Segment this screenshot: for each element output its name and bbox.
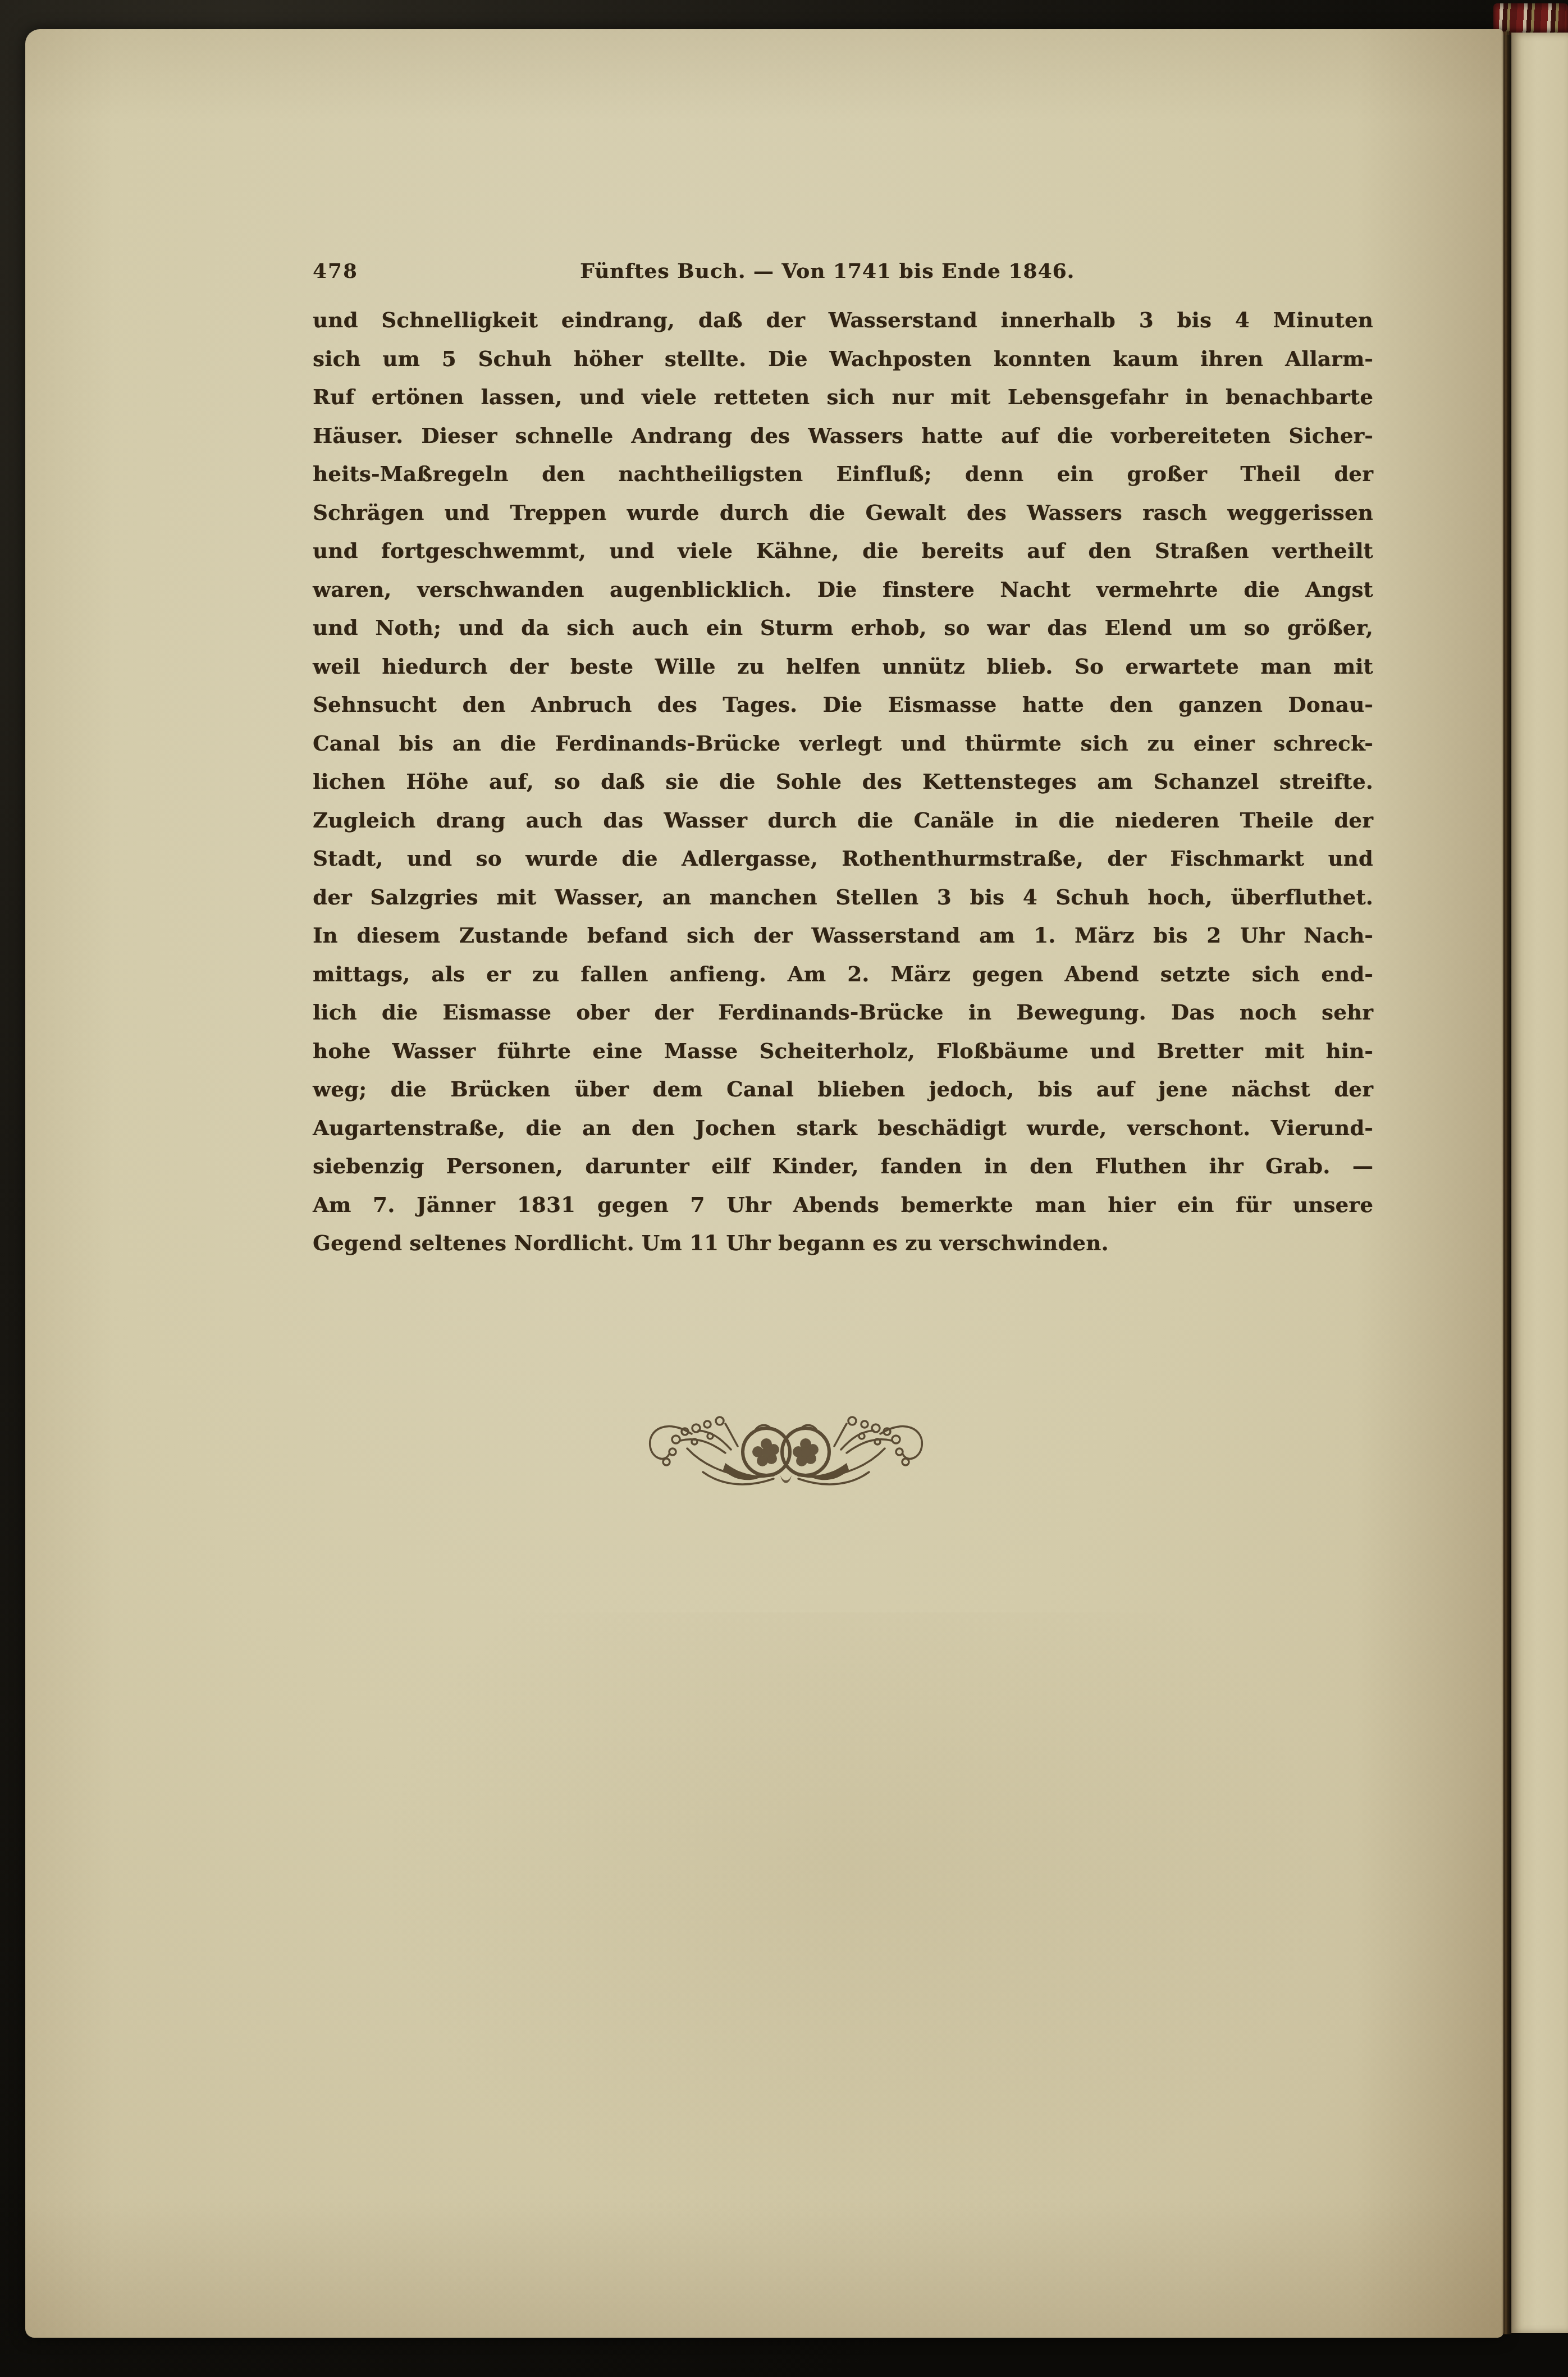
- paragraph: und Schnelligkeit eindrang, daß der Wass…: [313, 301, 1373, 1263]
- text-line: weg; die Brücken über dem Canal blieben …: [313, 1070, 1373, 1109]
- text-line: sich um 5 Schuh höher stellte. Die Wachp…: [313, 340, 1373, 378]
- floral-tailpiece-ornament: [640, 1406, 932, 1502]
- text-line: Am 7. Jänner 1831 gegen 7 Uhr Abends bem…: [313, 1186, 1373, 1224]
- text-line: lich die Eismasse ober der Ferdinands-Br…: [313, 993, 1373, 1032]
- book-scan: 478 Fünftes Buch. — Von 1741 bis Ende 18…: [0, 0, 1568, 2377]
- text-line: heits-Maßregeln den nachtheiligsten Einf…: [313, 455, 1373, 493]
- text-line: Zugleich drang auch das Wasser durch die…: [313, 801, 1373, 840]
- text-line: Sehnsucht den Anbruch des Tages. Die Eis…: [313, 685, 1373, 724]
- text-line: Augartenstraße, die an den Jochen stark …: [313, 1109, 1373, 1148]
- facing-page-edge: [1511, 33, 1568, 2333]
- text-line: Canal bis an die Ferdinands-Brücke verle…: [313, 724, 1373, 763]
- text-line: und fortgeschwemmt, und viele Kähne, die…: [313, 532, 1373, 570]
- text-line: Stadt, und so wurde die Adlergasse, Roth…: [313, 839, 1373, 878]
- gutter-crease: [1501, 31, 1512, 2334]
- running-header: Fünftes Buch. — Von 1741 bis Ende 1846.: [297, 259, 1357, 283]
- text-line: hohe Wasser führte eine Masse Scheiterho…: [313, 1032, 1373, 1071]
- text-line: weil hiedurch der beste Wille zu helfen …: [313, 647, 1373, 686]
- headband-endband: [1493, 3, 1568, 35]
- text-line: Häuser. Dieser schnelle Andrang des Wass…: [313, 417, 1373, 455]
- paper-show-through: [373, 1612, 1328, 2258]
- text-line: und Noth; und da sich auch ein Sturm erh…: [313, 609, 1373, 647]
- text-line: und Schnelligkeit eindrang, daß der Wass…: [313, 301, 1373, 340]
- text-line: Schrägen und Treppen wurde durch die Gew…: [313, 493, 1373, 532]
- running-header-row: 478 Fünftes Buch. — Von 1741 bis Ende 18…: [313, 259, 1373, 286]
- text-line: der Salzgries mit Wasser, an manchen Ste…: [313, 878, 1373, 917]
- text-line: lichen Höhe auf, so daß sie die Sohle de…: [313, 762, 1373, 801]
- text-line: Gegend seltenes Nordlicht. Um 11 Uhr beg…: [313, 1224, 1373, 1263]
- text-line: mittags, als er zu fallen anfieng. Am 2.…: [313, 955, 1373, 994]
- text-line: waren, verschwanden augenblicklich. Die …: [313, 570, 1373, 609]
- text-line: In diesem Zustande befand sich der Wasse…: [313, 916, 1373, 955]
- text-line: siebenzig Personen, darunter eilf Kinder…: [313, 1147, 1373, 1186]
- text-line: Ruf ertönen lassen, und viele retteten s…: [313, 378, 1373, 417]
